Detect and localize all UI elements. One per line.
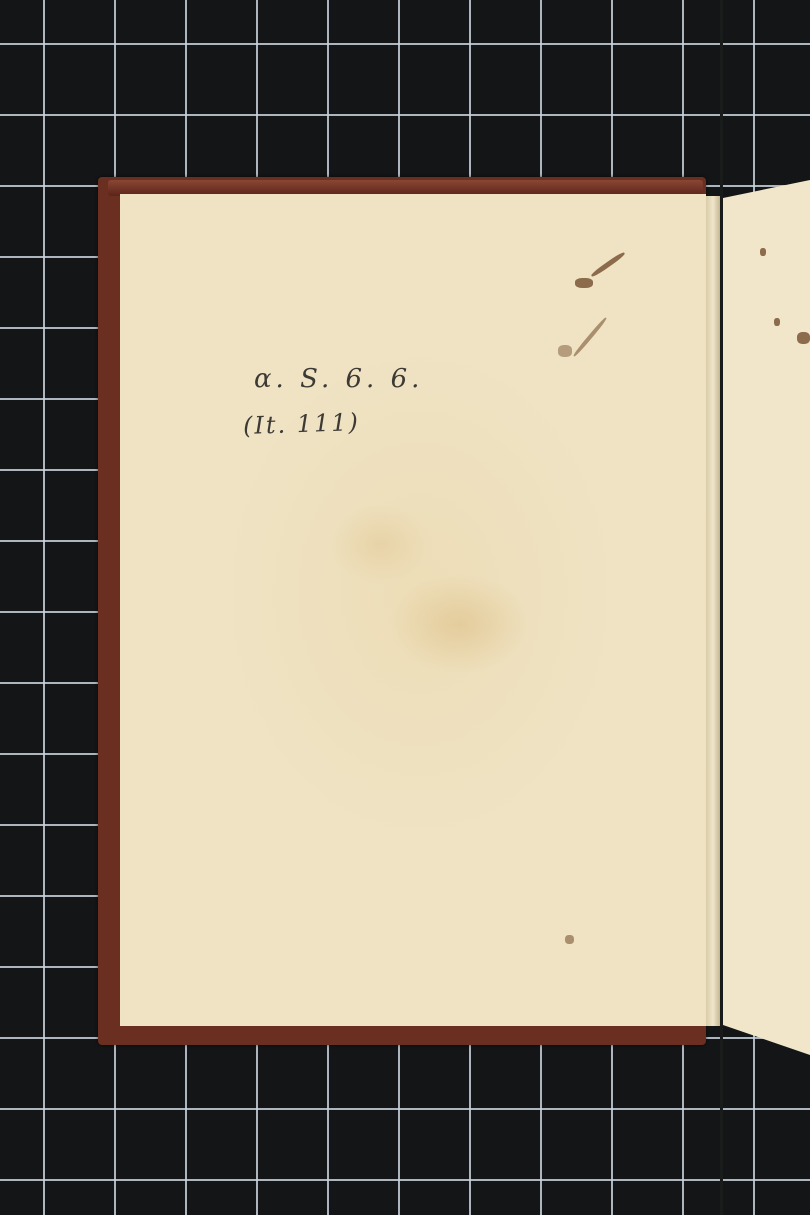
stain-mark: [797, 332, 810, 344]
facing-flyleaf: [723, 180, 810, 1055]
shelfmark-line-2: (It. 111): [243, 408, 361, 440]
pastedown-paper: [120, 194, 706, 1026]
vertical-ruler-line: [720, 0, 723, 1215]
book-gutter: [706, 196, 720, 1026]
shelfmark-line-1: α. S. 6. 6.: [254, 364, 423, 394]
stain-mark: [565, 935, 574, 944]
stain-mark: [558, 345, 572, 357]
stain-mark: [760, 248, 766, 256]
stain-mark: [774, 318, 780, 326]
stain-mark: [575, 278, 593, 288]
